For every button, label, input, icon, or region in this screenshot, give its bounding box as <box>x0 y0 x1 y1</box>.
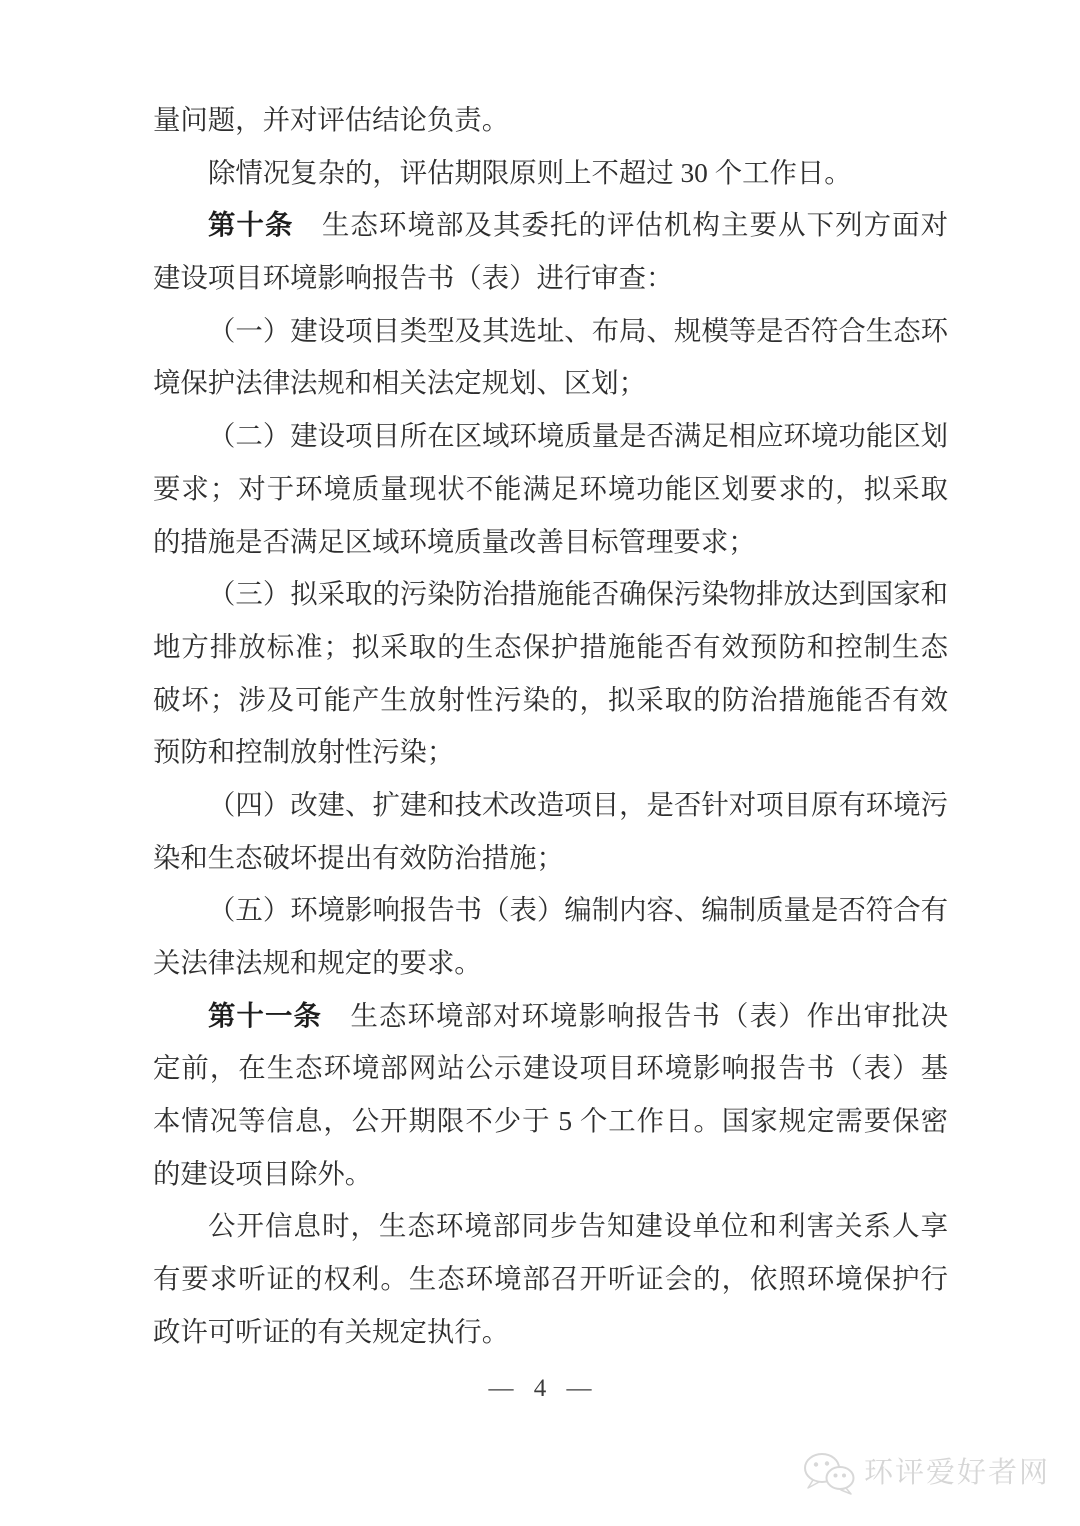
text-line: （五）环境影响报告书（表）编制内容、编制质量是否符合有 <box>153 884 948 937</box>
text-line: 境保护法律法规和相关法定规划、区划； <box>153 357 948 410</box>
text-line: 破坏；涉及可能产生放射性污染的，拟采取的防治措施能否有效 <box>153 674 948 727</box>
text-line: 第十一条 生态环境部对环境影响报告书（表）作出审批决 <box>153 990 948 1043</box>
text-line: 政许可听证的有关规定执行。 <box>153 1306 948 1359</box>
text-line-body: 生态环境部对环境影响报告书（表）作出审批决 <box>322 1001 948 1031</box>
text-line: 地方排放标准；拟采取的生态保护措施能否有效预防和控制生态 <box>153 621 948 674</box>
watermark: 环评爱好者网 <box>800 1450 1050 1496</box>
text-line: 有要求听证的权利。生态环境部召开听证会的，依照环境保护行 <box>153 1253 948 1306</box>
text-line: 的措施是否满足区域环境质量改善目标管理要求； <box>153 516 948 569</box>
wechat-icon <box>800 1450 858 1496</box>
text-line: 定前，在生态环境部网站公示建设项目环境影响报告书（表）基 <box>153 1042 948 1095</box>
text-line: 关法律法规和规定的要求。 <box>153 937 948 990</box>
text-line: 第十条 生态环境部及其委托的评估机构主要从下列方面对 <box>153 199 948 252</box>
text-line: 的建设项目除外。 <box>153 1148 948 1201</box>
text-line: 本情况等信息，公开期限不少于 5 个工作日。国家规定需要保密 <box>153 1095 948 1148</box>
text-line: （一）建设项目类型及其选址、布局、规模等是否符合生态环 <box>153 305 948 358</box>
text-line: 量问题，并对评估结论负责。 <box>153 94 948 147</box>
page-number: — 4 — <box>0 1372 1080 1406</box>
text-line: 公开信息时，生态环境部同步告知建设单位和利害关系人享 <box>153 1200 948 1253</box>
watermark-text: 环评爱好者网 <box>864 1450 1050 1496</box>
article-number: 第十条 <box>208 210 294 240</box>
document-page: 量问题，并对评估结论负责。 除情况复杂的，评估期限原则上不超过 30 个工作日。… <box>0 0 1080 1526</box>
text-line: 建设项目环境影响报告书（表）进行审查： <box>153 252 948 305</box>
text-line: 染和生态破坏提出有效防治措施； <box>153 832 948 885</box>
text-line: （二）建设项目所在区域环境质量是否满足相应环境功能区划 <box>153 410 948 463</box>
text-line: 预防和控制放射性污染； <box>153 726 948 779</box>
text-line: （四）改建、扩建和技术改造项目，是否针对项目原有环境污 <box>153 779 948 832</box>
text-line: 除情况复杂的，评估期限原则上不超过 30 个工作日。 <box>153 147 948 200</box>
text-line: （三）拟采取的污染防治措施能否确保污染物排放达到国家和 <box>153 568 948 621</box>
document-body: 量问题，并对评估结论负责。 除情况复杂的，评估期限原则上不超过 30 个工作日。… <box>153 94 948 1359</box>
text-line: 要求；对于环境质量现状不能满足环境功能区划要求的，拟采取 <box>153 463 948 516</box>
text-line-body: 生态环境部及其委托的评估机构主要从下列方面对 <box>294 210 948 240</box>
article-number: 第十一条 <box>208 1001 322 1031</box>
